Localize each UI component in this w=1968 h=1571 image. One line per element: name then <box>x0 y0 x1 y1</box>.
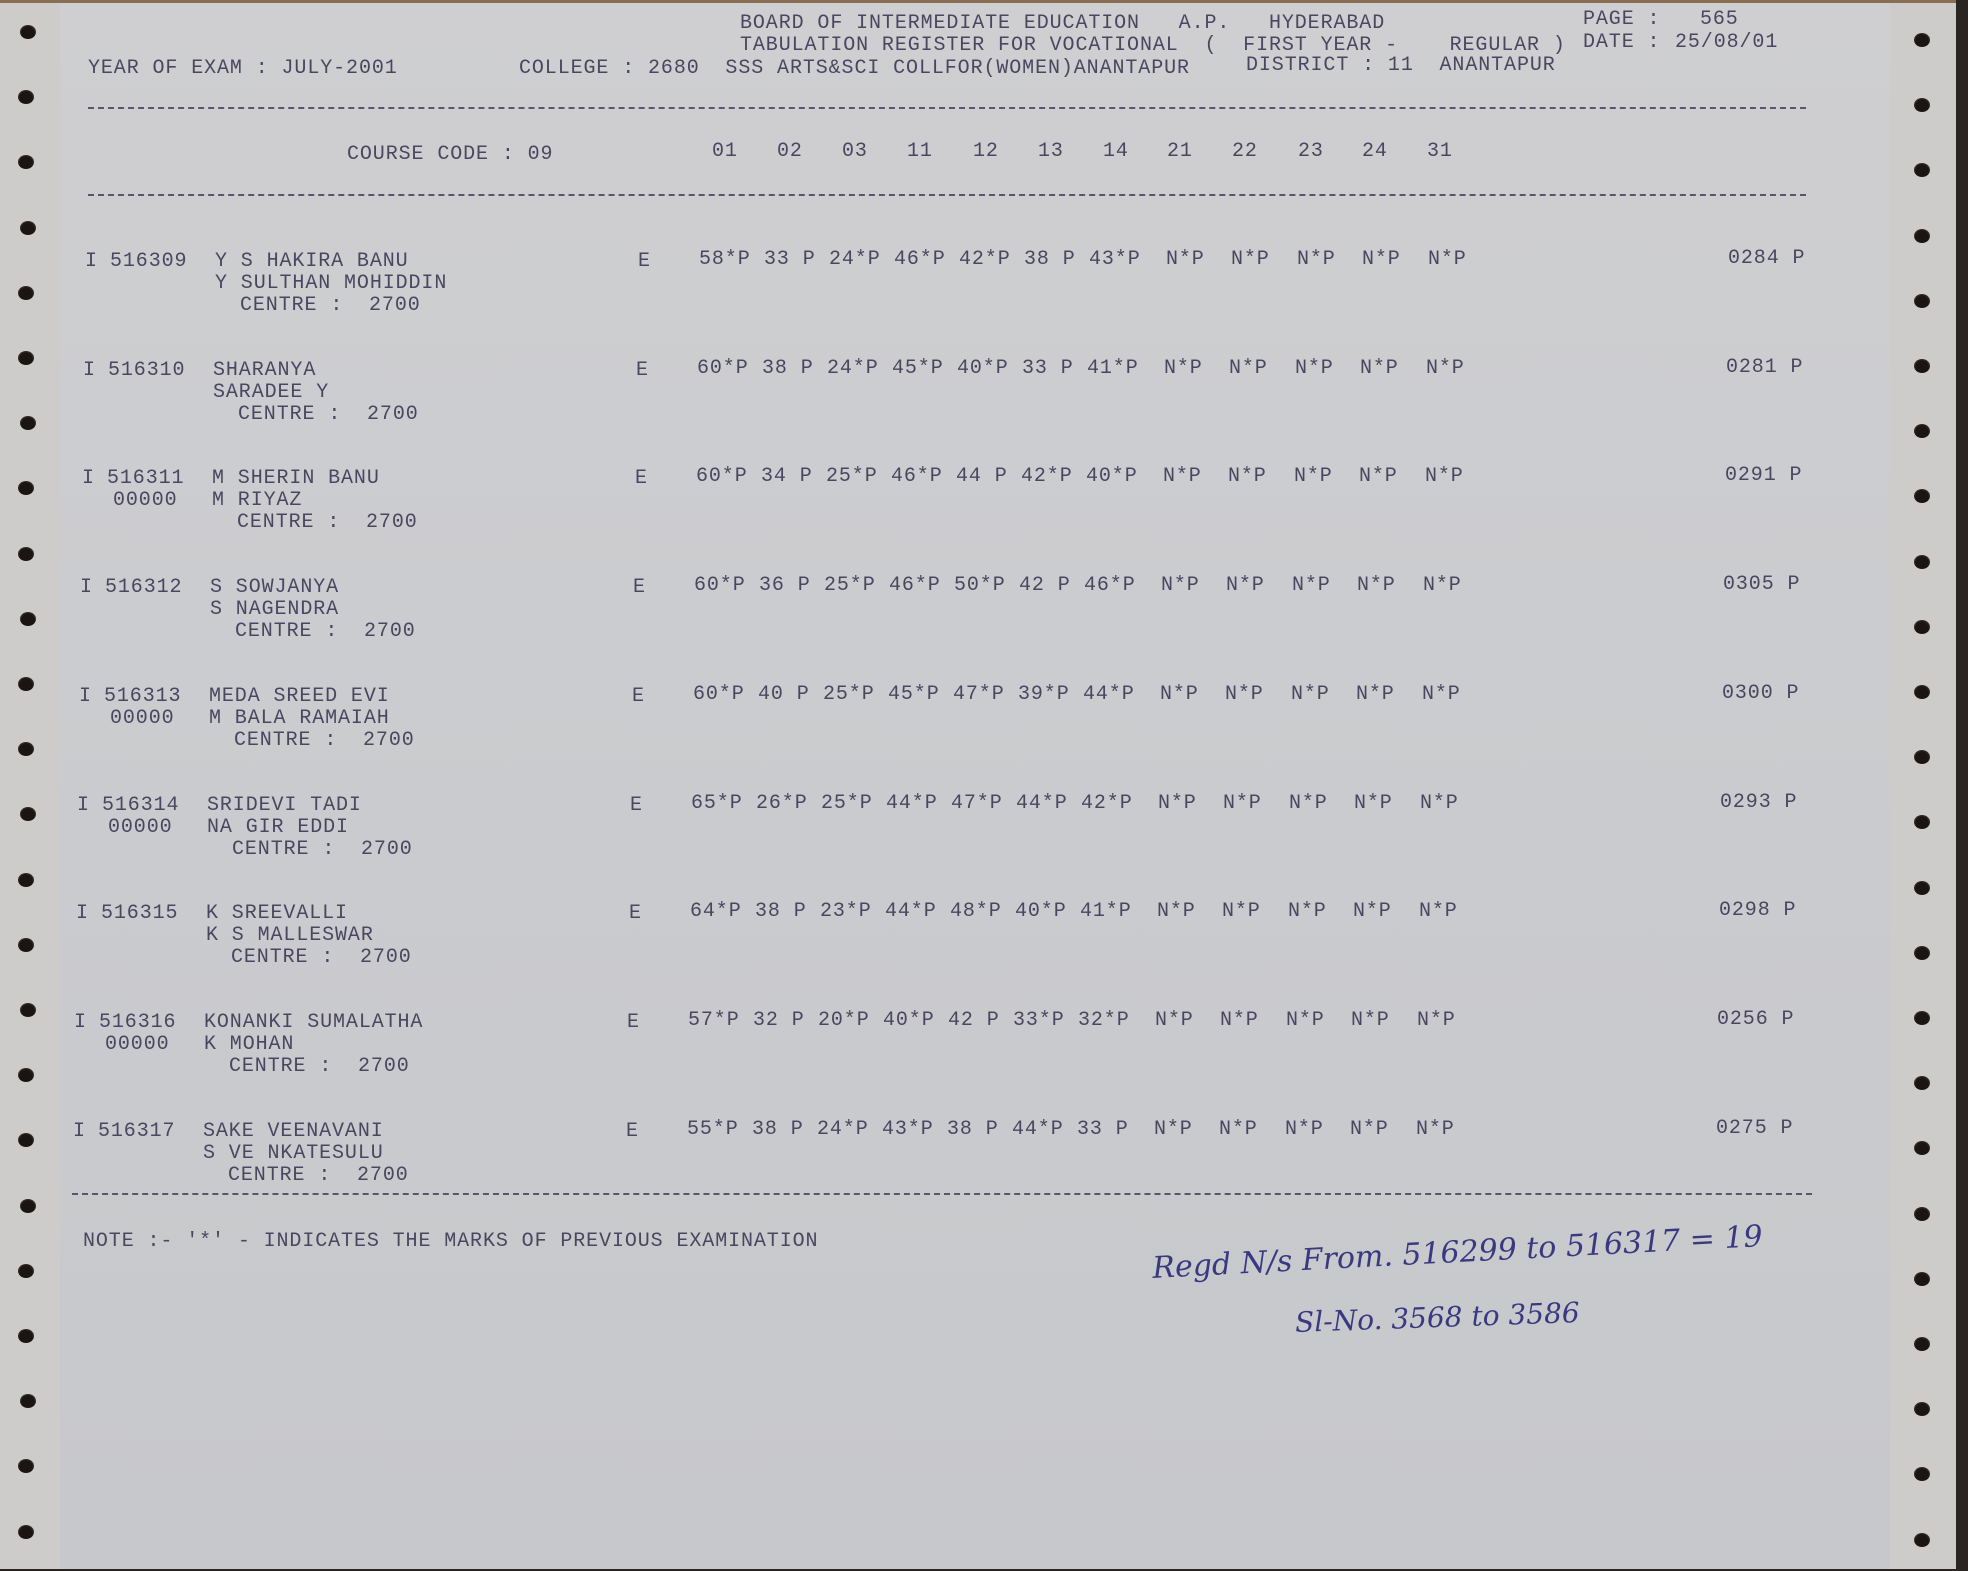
total-result: 0293 P <box>1720 792 1797 814</box>
record-prefix: I <box>76 903 89 925</box>
subject-mark: N*P <box>1416 1119 1455 1141</box>
subject-mark: N*P <box>1292 575 1331 597</box>
page-label: PAGE : <box>1583 9 1660 31</box>
subject-column-header: 02 <box>777 141 803 163</box>
feed-hole-icon <box>18 677 34 691</box>
subject-column-header: 03 <box>842 141 868 163</box>
subject-mark: N*P <box>1360 358 1399 380</box>
footer-note: NOTE :- '*' - INDICATES THE MARKS OF PRE… <box>83 1231 818 1253</box>
feed-hole-icon <box>18 286 34 300</box>
feed-hole-icon <box>1914 294 1930 308</box>
subject-mark: N*P <box>1154 1119 1193 1141</box>
feed-hole-icon <box>1914 1337 1930 1351</box>
subject-mark: 40*P <box>1015 901 1067 923</box>
parent-name: NA GIR EDDI <box>207 817 349 839</box>
total-result: 0305 P <box>1723 574 1800 596</box>
subject-mark: N*P <box>1359 466 1398 488</box>
subject-mark: 46*P <box>889 575 941 597</box>
subject-column-header: 31 <box>1427 141 1453 163</box>
subject-mark: 25*P <box>823 684 875 706</box>
subject-mark: 45*P <box>892 358 944 380</box>
subject-mark: 25*P <box>821 793 873 815</box>
subject-mark: N*P <box>1220 1010 1259 1032</box>
subject-mark: N*P <box>1422 684 1461 706</box>
subject-mark: N*P <box>1291 684 1330 706</box>
board-title: BOARD OF INTERMEDIATE EDUCATION A.P. HYD… <box>740 13 1385 35</box>
feed-hole-icon <box>1914 1533 1930 1547</box>
subject-mark: 44 P <box>956 466 1008 488</box>
student-name: SAKE VEENAVANI <box>203 1121 384 1143</box>
subject-mark: N*P <box>1286 1010 1325 1032</box>
feed-hole-icon <box>1914 1272 1930 1286</box>
parent-name: K S MALLESWAR <box>206 925 374 947</box>
subject-column-header: 22 <box>1232 141 1258 163</box>
total-result: 0275 P <box>1716 1118 1793 1140</box>
subject-column-header: 21 <box>1167 141 1193 163</box>
subject-mark: 42 P <box>1019 575 1071 597</box>
subject-mark: 47*P <box>951 793 1003 815</box>
registration-number: 516311 <box>107 468 184 490</box>
parent-name: S VE NKATESULU <box>203 1143 384 1165</box>
record-prefix: I <box>73 1121 86 1143</box>
medium-code: E <box>626 1121 639 1143</box>
divider-top <box>88 107 1806 109</box>
student-name: M SHERIN BANU <box>212 468 380 490</box>
subject-mark: 44*P <box>1016 793 1068 815</box>
feed-hole-icon <box>1914 359 1930 373</box>
parent-name: M RIYAZ <box>212 490 302 512</box>
subject-mark: 58*P <box>699 249 751 271</box>
exam-centre: CENTRE : 2700 <box>232 839 413 861</box>
feed-hole-icon <box>1914 620 1930 634</box>
subject-mark: N*P <box>1295 358 1334 380</box>
student-name: MEDA SREED EVI <box>209 686 390 708</box>
subject-mark: N*P <box>1228 466 1267 488</box>
subject-mark: 40 P <box>758 684 810 706</box>
subject-mark: 33*P <box>1013 1010 1065 1032</box>
subject-mark: 46*P <box>894 249 946 271</box>
subject-mark: 44*P <box>886 793 938 815</box>
registration-number: 516312 <box>105 577 182 599</box>
handwritten-reg-range: Regd N/s From. 516299 to 516317 = 19 <box>1152 1219 1764 1286</box>
registration-number: 516309 <box>110 251 187 273</box>
subject-mark: 42*P <box>959 249 1011 271</box>
subject-mark: N*P <box>1161 575 1200 597</box>
registration-number: 516310 <box>108 360 185 382</box>
subject-mark: N*P <box>1353 901 1392 923</box>
total-result: 0291 P <box>1725 465 1802 487</box>
feed-hole-icon <box>18 938 34 952</box>
subject-mark: 36 P <box>759 575 811 597</box>
medium-code: E <box>627 1012 640 1034</box>
record-prefix: I <box>80 577 93 599</box>
subject-column-header: 11 <box>907 141 933 163</box>
subject-mark: N*P <box>1222 901 1261 923</box>
subject-mark: N*P <box>1354 793 1393 815</box>
subject-mark: 44*P <box>885 901 937 923</box>
feed-hole-icon <box>20 1003 36 1017</box>
record-prefix: I <box>74 1012 87 1034</box>
record-prefix: I <box>82 468 95 490</box>
secondary-code: 00000 <box>110 708 175 730</box>
feed-hole-icon <box>18 547 34 561</box>
subject-mark: 25*P <box>824 575 876 597</box>
date-label: DATE : <box>1583 32 1660 54</box>
student-name: K SREEVALLI <box>206 903 348 925</box>
divider-header <box>88 194 1806 196</box>
subject-mark: 43*P <box>882 1119 934 1141</box>
medium-code: E <box>633 577 646 599</box>
student-name: SHARANYA <box>213 360 316 382</box>
total-result: 0298 P <box>1719 900 1796 922</box>
feed-hole-icon <box>18 1329 34 1343</box>
subject-mark: 33 P <box>1022 358 1074 380</box>
exam-centre: CENTRE : 2700 <box>240 295 421 317</box>
registration-number: 516313 <box>104 686 181 708</box>
page-number: 565 <box>1700 9 1739 31</box>
subject-mark: 38 P <box>762 358 814 380</box>
subject-mark: N*P <box>1417 1010 1456 1032</box>
exam-centre: CENTRE : 2700 <box>231 947 412 969</box>
record-prefix: I <box>77 795 90 817</box>
subject-mark: 46*P <box>1084 575 1136 597</box>
medium-code: E <box>636 360 649 382</box>
subject-mark: N*P <box>1226 575 1265 597</box>
record-prefix: I <box>85 251 98 273</box>
feed-hole-icon <box>18 1264 34 1278</box>
feed-hole-icon <box>1914 33 1930 47</box>
handwritten-serial-range: Sl-No. 3568 to 3586 <box>1295 1296 1581 1339</box>
feed-hole-icon <box>1914 1011 1930 1025</box>
exam-centre: CENTRE : 2700 <box>228 1165 409 1187</box>
exam-centre: CENTRE : 2700 <box>238 404 419 426</box>
subject-mark: 46*P <box>891 466 943 488</box>
subject-mark: N*P <box>1362 249 1401 271</box>
subject-mark: N*P <box>1225 684 1264 706</box>
subject-mark: N*P <box>1157 901 1196 923</box>
feed-hole-icon <box>1914 946 1930 960</box>
subject-mark: N*P <box>1420 793 1459 815</box>
subject-mark: 20*P <box>818 1010 870 1032</box>
subject-mark: 40*P <box>957 358 1009 380</box>
student-name: KONANKI SUMALATHA <box>204 1012 423 1034</box>
subject-mark: 42 P <box>948 1010 1000 1032</box>
exam-centre: CENTRE : 2700 <box>237 512 418 534</box>
registration-number: 516316 <box>99 1012 176 1034</box>
subject-mark: N*P <box>1351 1010 1390 1032</box>
subject-mark: 57*P <box>688 1010 740 1032</box>
date-value: 25/08/01 <box>1675 32 1778 54</box>
subject-mark: 24*P <box>817 1119 869 1141</box>
total-result: 0256 P <box>1717 1009 1794 1031</box>
subject-mark: 38 P <box>947 1119 999 1141</box>
secondary-code: 00000 <box>108 817 173 839</box>
subject-mark: 24*P <box>827 358 879 380</box>
subject-mark: N*P <box>1285 1119 1324 1141</box>
subject-column-header: 14 <box>1103 141 1129 163</box>
exam-centre: CENTRE : 2700 <box>235 621 416 643</box>
subject-mark: N*P <box>1350 1119 1389 1141</box>
feed-hole-icon <box>1914 685 1930 699</box>
record-prefix: I <box>79 686 92 708</box>
subject-mark: 43*P <box>1089 249 1141 271</box>
subject-mark: 40*P <box>1086 466 1138 488</box>
total-result: 0281 P <box>1726 357 1803 379</box>
subject-mark: 55*P <box>687 1119 739 1141</box>
subject-mark: N*P <box>1166 249 1205 271</box>
subject-mark: 39*P <box>1018 684 1070 706</box>
tabulation-register-sheet: BOARD OF INTERMEDIATE EDUCATION A.P. HYD… <box>0 0 1956 1569</box>
subject-mark: 25*P <box>826 466 878 488</box>
parent-name: SARADEE Y <box>213 382 329 404</box>
subject-mark: N*P <box>1297 249 1336 271</box>
subject-mark: N*P <box>1428 249 1467 271</box>
subject-mark: 50*P <box>954 575 1006 597</box>
college-info: COLLEGE : 2680 SSS ARTS&SCI COLLFOR(WOME… <box>519 58 1190 80</box>
subject-mark: 38 P <box>1024 249 1076 271</box>
registration-number: 516314 <box>102 795 179 817</box>
subject-mark: N*P <box>1423 575 1462 597</box>
subject-column-header: 24 <box>1362 141 1388 163</box>
student-name: S SOWJANYA <box>210 577 339 599</box>
parent-name: S NAGENDRA <box>210 599 339 621</box>
subject-mark: 48*P <box>950 901 1002 923</box>
student-name: Y S HAKIRA BANU <box>215 251 409 273</box>
course-code: COURSE CODE : 09 <box>347 144 553 166</box>
feed-hole-icon <box>1914 1207 1930 1221</box>
subject-mark: 38 P <box>755 901 807 923</box>
total-result: 0300 P <box>1722 683 1799 705</box>
subject-column-header: 12 <box>973 141 999 163</box>
subject-mark: 60*P <box>693 684 745 706</box>
exam-centre: CENTRE : 2700 <box>234 730 415 752</box>
subject-mark: 33 P <box>1077 1119 1129 1141</box>
subject-mark: N*P <box>1155 1010 1194 1032</box>
feed-hole-icon <box>20 25 36 39</box>
subject-mark: 23*P <box>820 901 872 923</box>
parent-name: M BALA RAMAIAH <box>209 708 390 730</box>
subject-mark: N*P <box>1289 793 1328 815</box>
medium-code: E <box>635 468 648 490</box>
subject-mark: 60*P <box>697 358 749 380</box>
subject-mark: N*P <box>1294 466 1333 488</box>
subject-mark: 65*P <box>691 793 743 815</box>
feed-hole-icon <box>1914 881 1930 895</box>
subject-column-header: 13 <box>1038 141 1064 163</box>
student-name: SRIDEVI TADI <box>207 795 362 817</box>
subject-mark: 26*P <box>756 793 808 815</box>
subject-mark: 41*P <box>1087 358 1139 380</box>
subject-mark: 44*P <box>1012 1119 1064 1141</box>
divider-bottom <box>72 1193 1812 1195</box>
total-result: 0284 P <box>1728 248 1805 270</box>
subject-mark: N*P <box>1164 358 1203 380</box>
subject-mark: 60*P <box>694 575 746 597</box>
year-of-exam: YEAR OF EXAM : JULY-2001 <box>88 58 398 80</box>
feed-hole-icon <box>18 351 34 365</box>
subject-mark: 64*P <box>690 901 742 923</box>
feed-hole-icon <box>20 221 36 235</box>
parent-name: Y SULTHAN MOHIDDIN <box>215 273 447 295</box>
subject-mark: N*P <box>1160 684 1199 706</box>
subject-mark: 38 P <box>752 1119 804 1141</box>
registration-number: 516315 <box>101 903 178 925</box>
feed-hole-icon <box>1914 229 1930 243</box>
exam-centre: CENTRE : 2700 <box>229 1056 410 1078</box>
feed-hole-icon <box>18 873 34 887</box>
subject-mark: N*P <box>1426 358 1465 380</box>
feed-hole-icon <box>20 612 36 626</box>
subject-mark: 47*P <box>953 684 1005 706</box>
subject-mark: 24*P <box>829 249 881 271</box>
subject-mark: 40*P <box>883 1010 935 1032</box>
secondary-code: 00000 <box>113 490 178 512</box>
subject-mark: N*P <box>1419 901 1458 923</box>
subject-mark: N*P <box>1356 684 1395 706</box>
feed-hole-icon <box>18 1525 34 1539</box>
medium-code: E <box>630 795 643 817</box>
subject-mark: 33 P <box>764 249 816 271</box>
subject-mark: N*P <box>1357 575 1396 597</box>
subject-mark: N*P <box>1223 793 1262 815</box>
subject-mark: 42*P <box>1021 466 1073 488</box>
subject-mark: N*P <box>1229 358 1268 380</box>
district-info: DISTRICT : 11 ANANTAPUR <box>1246 55 1556 77</box>
subject-mark: N*P <box>1288 901 1327 923</box>
subject-mark: 42*P <box>1081 793 1133 815</box>
medium-code: E <box>638 251 651 273</box>
subject-column-header: 23 <box>1298 141 1324 163</box>
secondary-code: 00000 <box>105 1034 170 1056</box>
subject-mark: 32 P <box>753 1010 805 1032</box>
feed-hole-icon <box>1914 555 1930 569</box>
subject-mark: N*P <box>1425 466 1464 488</box>
subject-mark: N*P <box>1158 793 1197 815</box>
medium-code: E <box>632 686 645 708</box>
subject-mark: 44*P <box>1083 684 1135 706</box>
medium-code: E <box>629 903 642 925</box>
feed-hole-icon <box>20 1199 36 1213</box>
subject-mark: N*P <box>1219 1119 1258 1141</box>
subject-column-header: 01 <box>712 141 738 163</box>
registration-number: 516317 <box>98 1121 175 1143</box>
subject-mark: 34 P <box>761 466 813 488</box>
subject-mark: N*P <box>1231 249 1270 271</box>
subject-mark: 60*P <box>696 466 748 488</box>
parent-name: K MOHAN <box>204 1034 294 1056</box>
subject-mark: 45*P <box>888 684 940 706</box>
subject-mark: 41*P <box>1080 901 1132 923</box>
subject-mark: 32*P <box>1078 1010 1130 1032</box>
record-prefix: I <box>83 360 96 382</box>
subject-mark: N*P <box>1163 466 1202 488</box>
